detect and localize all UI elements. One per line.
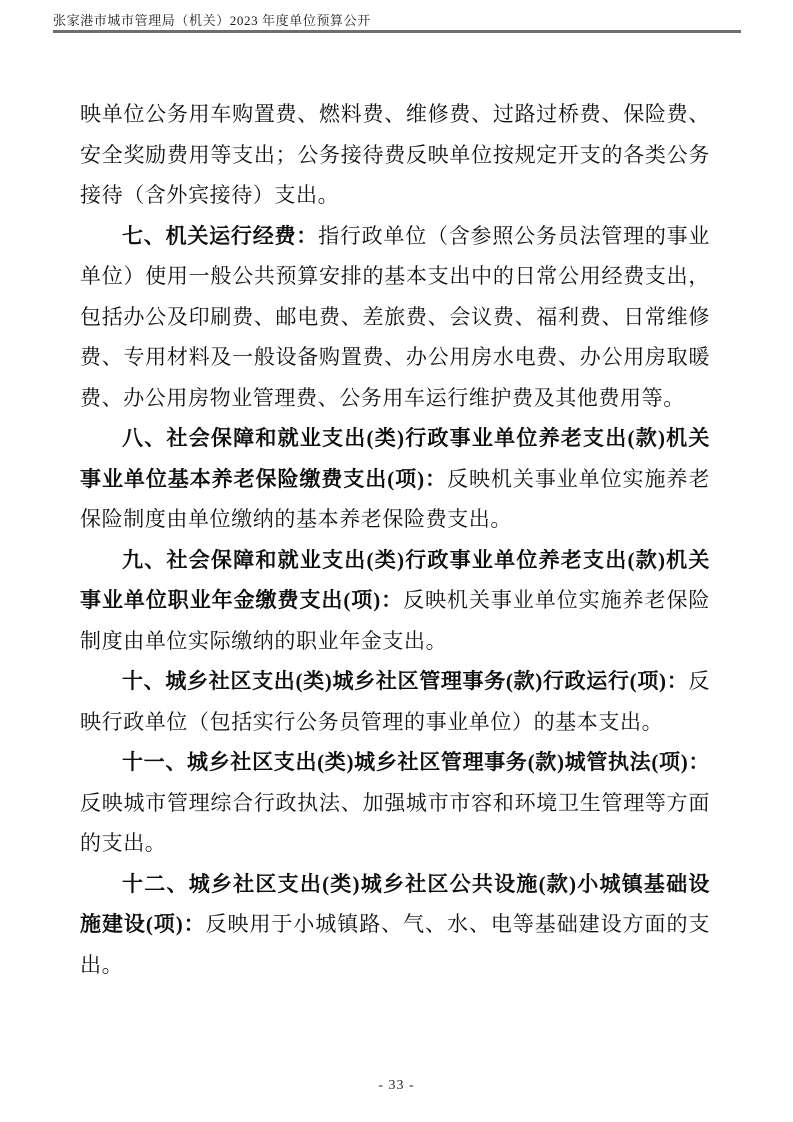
page-footer: - 33 -	[0, 1076, 793, 1094]
header-title: 张家港市城市管理局（机关）2023 年度单位预算公开	[53, 12, 741, 29]
paragraph-lead: 十、城乡社区支出(类)城乡社区管理事务(款)行政运行(项)：	[122, 669, 688, 693]
document-body: 映单位公务用车购置费、燃料费、维修费、过路过桥费、保险费、安全奖励费用等支出；公…	[80, 94, 710, 985]
paragraph-section-9: 九、社会保障和就业支出(类)行政事业单位养老支出(款)机关事业单位职业年金缴费支…	[80, 540, 710, 662]
document-page: 张家港市城市管理局（机关）2023 年度单位预算公开 映单位公务用车购置费、燃料…	[0, 0, 793, 1122]
paragraph-section-7: 七、机关运行经费：指行政单位（含参照公务员法管理的事业单位）使用一般公共预算安排…	[80, 216, 710, 419]
paragraph-text: 反映城市管理综合行政执法、加强城市市容和环境卫生管理等方面的支出。	[80, 791, 710, 856]
paragraph-text: 指行政单位（含参照公务员法管理的事业单位）使用一般公共预算安排的基本支出中的日常…	[80, 224, 710, 410]
paragraph-text: 映单位公务用车购置费、燃料费、维修费、过路过桥费、保险费、安全奖励费用等支出；公…	[80, 102, 710, 207]
paragraph-section-12: 十二、城乡社区支出(类)城乡社区公共设施(款)小城镇基础设施建设(项)：反映用于…	[80, 864, 710, 986]
paragraph-lead: 七、机关运行经费：	[122, 224, 318, 248]
paragraph-lead: 十一、城乡社区支出(类)城乡社区管理事务(款)城管执法(项)：	[122, 750, 710, 774]
page-header: 张家港市城市管理局（机关）2023 年度单位预算公开	[53, 12, 741, 33]
paragraph-continuation: 映单位公务用车购置费、燃料费、维修费、过路过桥费、保险费、安全奖励费用等支出；公…	[80, 94, 710, 216]
paragraph-section-11: 十一、城乡社区支出(类)城乡社区管理事务(款)城管执法(项)：反映城市管理综合行…	[80, 742, 710, 864]
paragraph-section-8: 八、社会保障和就业支出(类)行政事业单位养老支出(款)机关事业单位基本养老保险缴…	[80, 418, 710, 540]
paragraph-section-10: 十、城乡社区支出(类)城乡社区管理事务(款)行政运行(项)：反映行政单位（包括实…	[80, 661, 710, 742]
page-number: - 33 -	[378, 1078, 414, 1093]
header-rule	[53, 30, 741, 33]
